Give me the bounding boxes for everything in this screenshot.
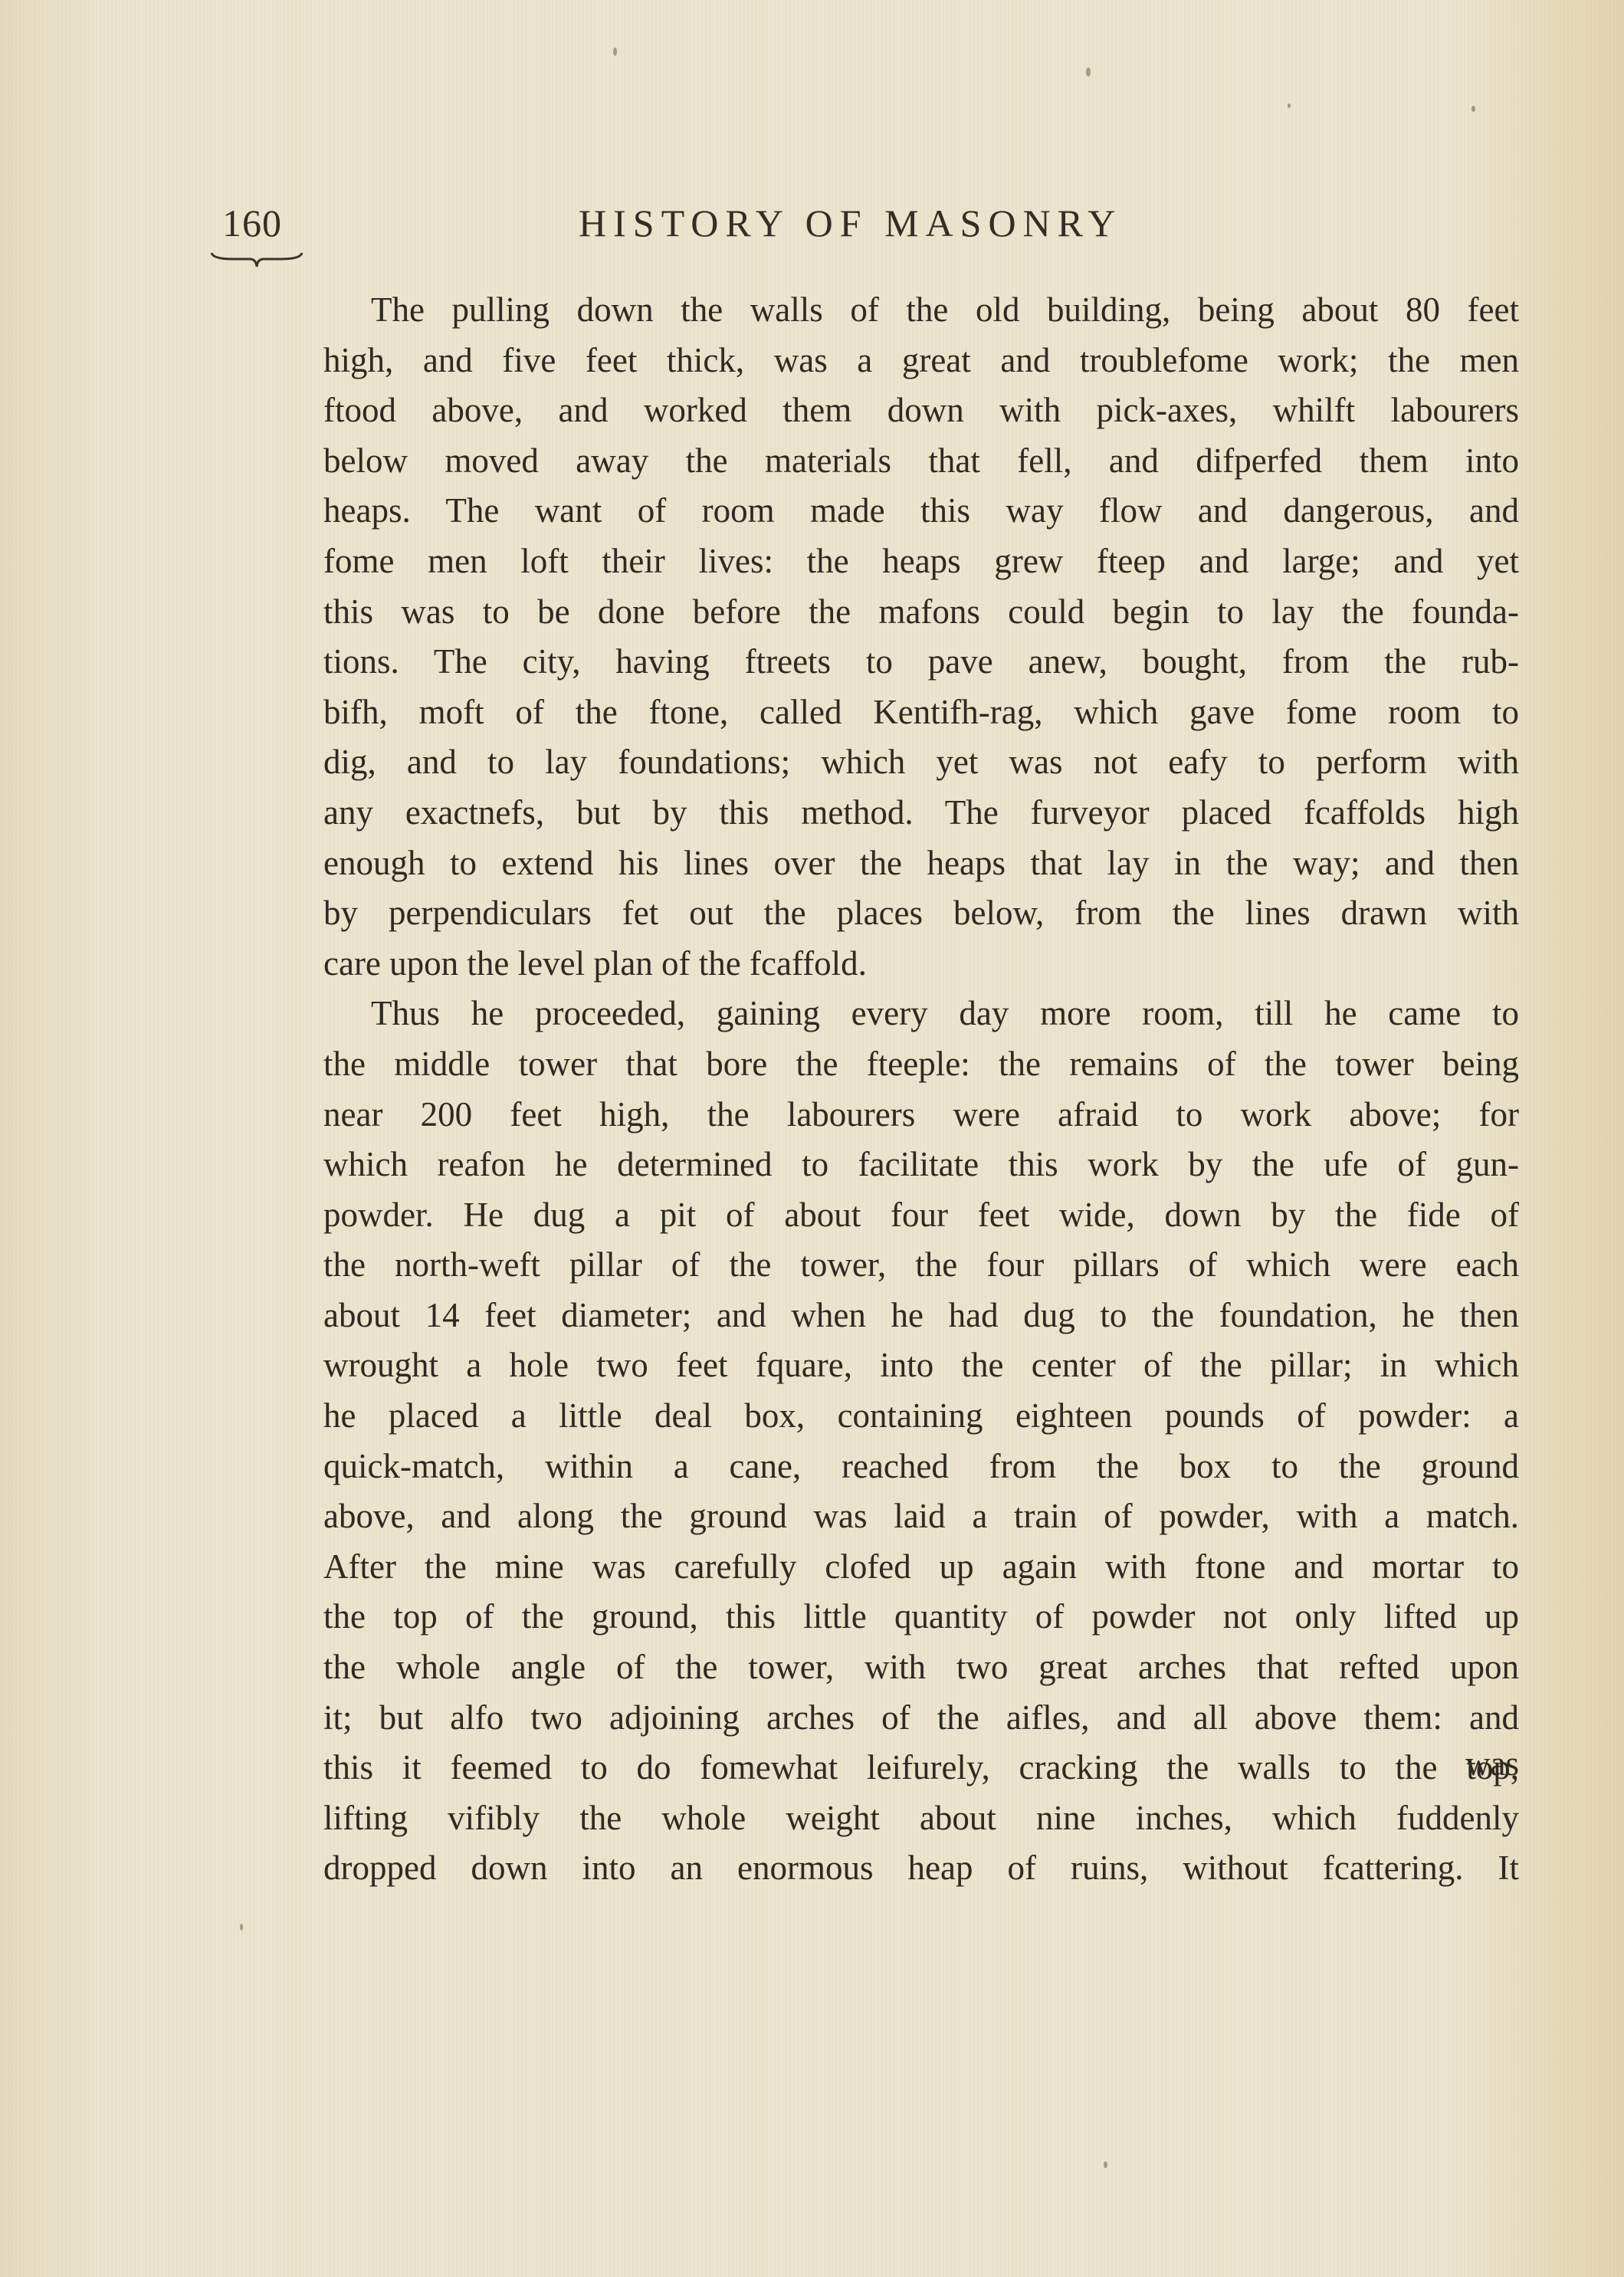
text-line: bifh, moft of the ftone, called Kentifh-… [323,687,1519,738]
text-line: high, and five feet thick, was a great a… [323,336,1519,386]
text-line: ftood above, and worked them down with p… [323,386,1519,436]
text-line: about 14 feet diameter; and when he had … [323,1291,1519,1341]
body-text: The pulling down the walls of the old bu… [323,285,1519,1894]
text-line: any exactnefs, but by this method. The f… [323,788,1519,838]
paper-speck [613,48,617,56]
text-line: the whole angle of the tower, with two g… [323,1642,1519,1693]
text-line: above, and along the ground was laid a t… [323,1491,1519,1542]
paper-speck [1086,67,1091,77]
text-line: After the mine was carefully clofed up a… [323,1542,1519,1593]
text-line: which reafon he determined to facilitate… [323,1140,1519,1190]
text-line: quick-match, within a cane, reached from… [323,1442,1519,1492]
text-line: he placed a little deal box, containing … [323,1391,1519,1442]
text-line: near 200 feet high, the labourers were a… [323,1090,1519,1140]
text-line: below moved away the materials that fell… [323,436,1519,487]
paper-speck [1104,2161,1107,2168]
text-line: dropped down into an enormous heap of ru… [323,1843,1519,1894]
text-line: dig, and to lay foundations; which yet w… [323,737,1519,788]
text-line: by perpendiculars fet out the places bel… [323,888,1519,939]
text-line: wrought a hole two feet fquare, into the… [323,1340,1519,1391]
text-line: the middle tower that bore the fteeple: … [323,1039,1519,1090]
text-line: powder. He dug a pit of about four feet … [323,1190,1519,1241]
text-line: lifting vifibly the whole weight about n… [323,1793,1519,1844]
paper-speck [240,1924,243,1931]
paper-speck [1471,106,1475,112]
paragraph: Thus he proceeded, gaining every day mor… [323,989,1519,1894]
paragraph: The pulling down the walls of the old bu… [323,285,1519,989]
running-head: 160 HISTORY OF MASONRY [222,201,1288,254]
text-line: heaps. The want of room made this way fl… [323,486,1519,536]
brace-ornament-icon [210,251,303,268]
text-line: this it feemed to do fomewhat leifurely,… [323,1743,1519,1793]
text-line: care upon the level plan of the fcaffold… [323,939,1519,989]
text-line: the north-weft pillar of the tower, the … [323,1240,1519,1291]
text-line: The pulling down the walls of the old bu… [323,285,1519,336]
text-line: it; but alfo two adjoining arches of the… [323,1693,1519,1744]
text-line: tions. The city, having ftreets to pave … [323,637,1519,687]
text-line: the top of the ground, this little quant… [323,1592,1519,1642]
text-line: Thus he proceeded, gaining every day mor… [323,989,1519,1039]
paper-speck [1288,103,1291,108]
book-page: 160 HISTORY OF MASONRY The pulling down … [0,0,1624,2277]
text-line: this was to be done before the mafons co… [323,587,1519,638]
page-number: 160 [222,201,282,245]
text-line: enough to extend his lines over the heap… [323,838,1519,889]
running-title: HISTORY OF MASONRY [579,201,1122,245]
text-line: fome men loft their lives: the heaps gre… [323,536,1519,587]
catchword: was [1465,1744,1519,1783]
